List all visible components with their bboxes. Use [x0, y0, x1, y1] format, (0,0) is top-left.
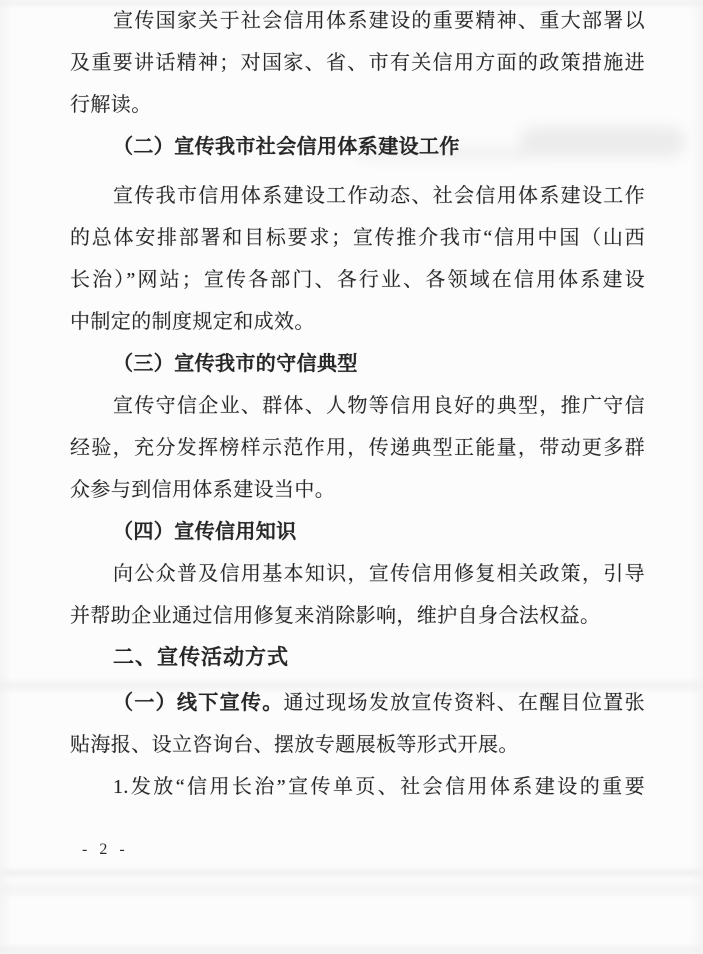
- paragraph-line: 中制定的制度规定和成效。: [70, 301, 645, 343]
- paragraph-line: 行解读。: [70, 84, 645, 126]
- paragraph-line: 宣传守信企业、群体、人物等信用良好的典型，推广守信: [70, 385, 645, 427]
- paragraph-line: 宣传国家关于社会信用体系建设的重要精神、重大部署以: [70, 0, 645, 42]
- paragraph-line: 1.发放“信用长治”宣传单页、社会信用体系建设的重要: [70, 766, 645, 808]
- paragraph-line: 贴海报、设立咨询台、摆放专题展板等形式开展。: [70, 724, 645, 766]
- paragraph-line: 并帮助企业通过信用修复来消除影响，维护自身合法权益。: [70, 595, 645, 637]
- paragraph-line: 宣传我市信用体系建设工作动态、社会信用体系建设工作: [70, 175, 645, 217]
- page-number: - 2 -: [82, 841, 129, 859]
- subsection-heading-3: （三）宣传我市的守信典型: [70, 343, 645, 385]
- paragraph-line: 的总体安排部署和目标要求；宣传推介我市“信用中国（山西: [70, 217, 645, 259]
- document-body: 宣传国家关于社会信用体系建设的重要精神、重大部署以 及重要讲话精神；对国家、省、…: [0, 0, 703, 808]
- paragraph-line: 及重要讲话精神；对国家、省、市有关信用方面的政策措施进: [70, 42, 645, 84]
- paragraph-line: 向公众普及信用基本知识，宣传信用修复相关政策，引导: [70, 553, 645, 595]
- paragraph-line: 长治）”网站；宣传各部门、各行业、各领域在信用体系建设: [70, 259, 645, 301]
- paragraph-line: 众参与到信用体系建设当中。: [70, 469, 645, 511]
- scan-artifact: [0, 869, 703, 877]
- subsection-heading-2: （二）宣传我市社会信用体系建设工作: [70, 126, 645, 168]
- paragraph-line-text: 通过现场发放宣传资料、在醒目位置张: [284, 692, 645, 714]
- inline-subsection-lead: （一）线下宣传。: [113, 692, 284, 714]
- scan-artifact: [0, 946, 703, 954]
- paragraph-line: （一）线下宣传。通过现场发放宣传资料、在醒目位置张: [70, 682, 645, 724]
- scanned-document-page: 宣传国家关于社会信用体系建设的重要精神、重大部署以 及重要讲话精神；对国家、省、…: [0, 0, 703, 954]
- section-heading-2: 二、宣传活动方式: [70, 637, 645, 679]
- scan-artifact: [0, 884, 703, 895]
- paragraph-line: 经验，充分发挥榜样示范作用，传递典型正能量，带动更多群: [70, 427, 645, 469]
- subsection-heading-4: （四）宣传信用知识: [70, 511, 645, 553]
